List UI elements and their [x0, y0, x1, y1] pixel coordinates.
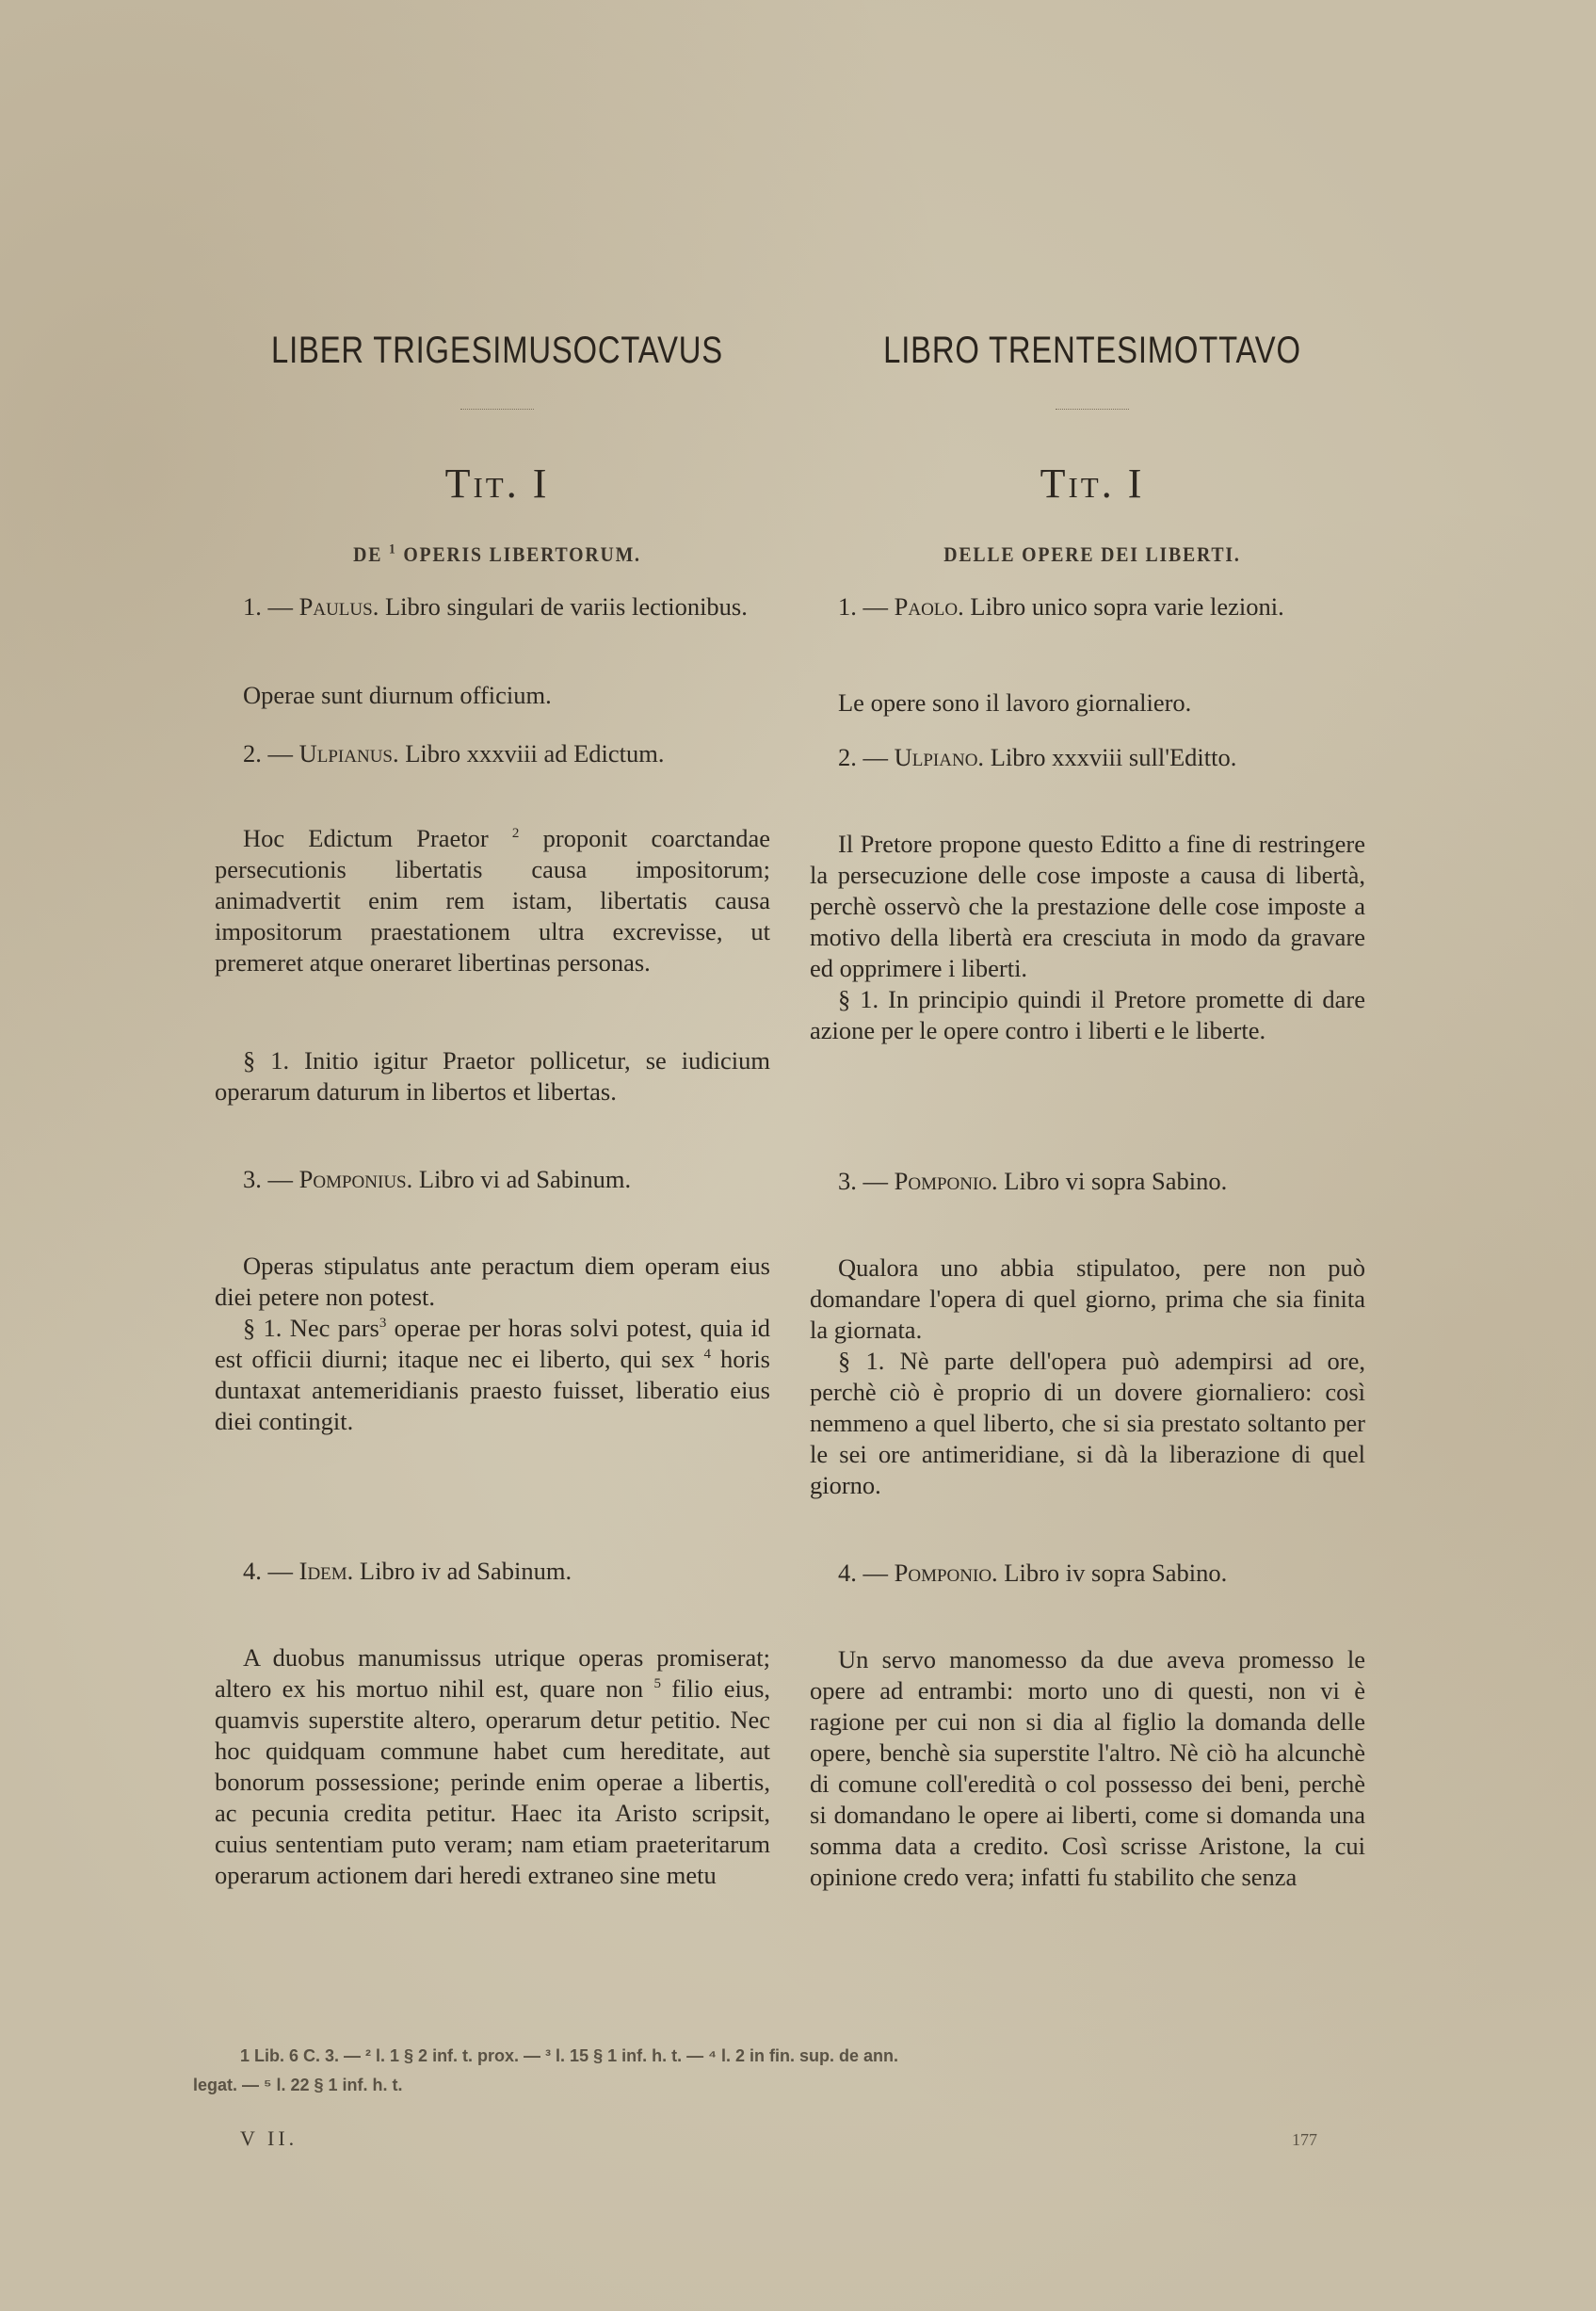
subtitle-italian: DELLE OPERE DEI LIBERTI. — [838, 542, 1346, 567]
footnote-ref: 5 — [653, 1676, 661, 1691]
section-heading: 4. — Pomponio. Libro iv sopra Sabino. — [810, 1558, 1365, 1589]
book-title-italian: LIBRO TRENTESIMOTTAVO — [861, 330, 1324, 372]
footnote-line: 1 Lib. 6 C. 3. — ² l. 1 § 2 inf. t. prox… — [193, 2042, 1408, 2071]
section-heading: 4. — Idem. Libro iv ad Sabinum. — [215, 1556, 770, 1587]
section-heading: 3. — Pomponio. Libro vi sopra Sabino. — [810, 1166, 1365, 1197]
footnote-ref: 2 — [512, 826, 520, 841]
title-number-italian: Tit. I — [810, 460, 1375, 508]
section-heading: 1. — Paulus. Libro singulari de variis l… — [215, 591, 770, 622]
subtitle-latin: DE 1 OPERIS LIBERTORUM. — [243, 542, 751, 567]
book-title-latin: LIBER TRIGESIMUSOCTAVUS — [266, 330, 729, 372]
signature-mark: V II. — [240, 2126, 298, 2151]
book-page: LIBER TRIGESIMUSOCTAVUS Tit. I DE 1 OPER… — [0, 0, 1596, 2311]
title-number-latin: Tit. I — [215, 460, 780, 508]
section-heading: 3. — Pomponius. Libro vi ad Sabinum. — [215, 1164, 770, 1195]
section-text: Hoc Edictum Praetor 2 proponit coarctand… — [215, 823, 770, 978]
page-number: 177 — [1292, 2130, 1317, 2150]
footnote-line: legat. — ⁵ l. 22 § 1 inf. h. t. — [193, 2071, 1408, 2100]
footnote-ref: 4 — [704, 1347, 712, 1362]
section-text: Le opere sono il lavoro giornaliero. — [810, 687, 1365, 719]
section-heading: 2. — Ulpianus. Libro xxxviii ad Edictum. — [215, 738, 770, 769]
title-divider — [460, 409, 534, 410]
section-text: Operas stipulatus ante peractum diem ope… — [215, 1251, 770, 1437]
section-text: A duobus manumissus utrique operas promi… — [215, 1642, 770, 1891]
footnote-ref: 1 — [389, 542, 397, 558]
section-heading: 1. — Paolo. Libro unico sopra varie lezi… — [810, 591, 1365, 622]
section-text: Qualora uno abbia stipulatoo, pere non p… — [810, 1252, 1365, 1501]
footnote-ref: 3 — [379, 1316, 387, 1331]
section-text: § 1. Initio igitur Praetor pollicetur, s… — [215, 1045, 770, 1107]
section-text: Un servo manomesso da due aveva promesso… — [810, 1644, 1365, 1893]
section-text: Operae sunt diurnum officium. — [215, 680, 770, 711]
footnotes: 1 Lib. 6 C. 3. — ² l. 1 § 2 inf. t. prox… — [193, 2042, 1408, 2100]
title-divider — [1056, 409, 1129, 410]
section-text: Il Pretore propone questo Editto a fine … — [810, 829, 1365, 1046]
section-heading: 2. — Ulpiano. Libro xxxviii sull'Editto. — [810, 742, 1365, 773]
